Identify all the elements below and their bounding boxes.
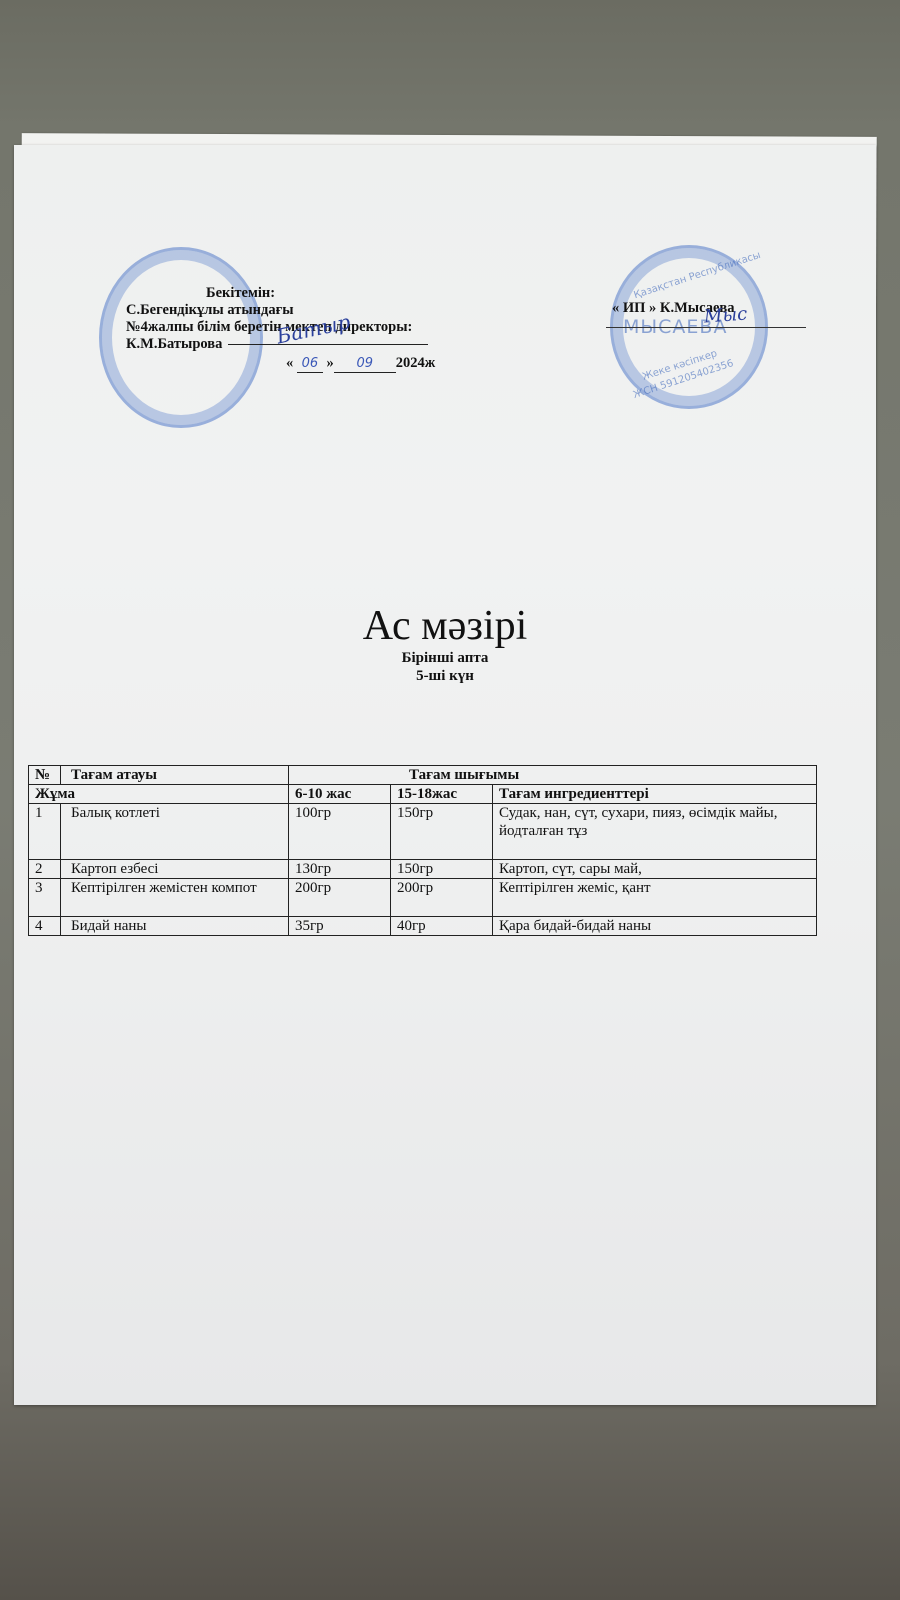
cell-no: 1 bbox=[29, 804, 61, 860]
date-year: 2024ж bbox=[396, 355, 436, 371]
supplier-signature: Мыс bbox=[703, 304, 748, 328]
cell-ingredients: Қара бидай-бидай наны bbox=[493, 917, 817, 936]
page-title: Ас мәзірі bbox=[14, 603, 876, 649]
date-month: 09 bbox=[334, 355, 396, 373]
cell-age2: 40гр bbox=[391, 917, 493, 936]
cell-age1: 200гр bbox=[289, 879, 391, 917]
table-row: 3 Кептірілген жемістен компот 200гр 200г… bbox=[29, 879, 817, 917]
approval-label: Бекітемін: bbox=[126, 285, 435, 302]
approval-line: С.Бегендікұлы атындағы bbox=[126, 302, 435, 319]
signature-line bbox=[228, 344, 428, 345]
approval-date: « 06 »092024ж bbox=[126, 355, 435, 373]
header-output: Тағам шығымы bbox=[289, 766, 817, 785]
cell-age2: 150гр bbox=[391, 804, 493, 860]
cell-no: 2 bbox=[29, 860, 61, 879]
cell-age1: 130гр bbox=[289, 860, 391, 879]
stamp-text: Қазақстан Республикасы bbox=[633, 250, 763, 301]
cell-age1: 100гр bbox=[289, 804, 391, 860]
table-subheader-row: Жұма 6-10 жас 15-18жас Тағам ингредиентт… bbox=[29, 785, 817, 804]
menu-table: № Тағам атауы Тағам шығымы Жұма 6-10 жас… bbox=[28, 765, 817, 936]
table-header-row: № Тағам атауы Тағам шығымы bbox=[29, 766, 817, 785]
header-no: № bbox=[29, 766, 61, 785]
table-row: 4 Бидай наны 35гр 40гр Қара бидай-бидай … bbox=[29, 917, 817, 936]
week-label: Бірінші апта bbox=[14, 649, 876, 667]
cell-no: 4 bbox=[29, 917, 61, 936]
subheader-ingredients: Тағам ингредиенттері bbox=[493, 785, 817, 804]
day-label: 5-ші күн bbox=[14, 667, 876, 685]
cell-age1: 35гр bbox=[289, 917, 391, 936]
date-day: 06 bbox=[297, 355, 323, 373]
title-block: Ас мәзірі Бірінші апта 5-ші күн bbox=[14, 603, 876, 685]
subheader-day: Жұма bbox=[29, 785, 289, 804]
cell-ingredients: Кептірілген жеміс, қант bbox=[493, 879, 817, 917]
cell-no: 3 bbox=[29, 879, 61, 917]
cell-name: Балық котлеті bbox=[61, 804, 289, 860]
menu-document: Қазақстан Республикасы МЫСАЕВА Жеке кәсі… bbox=[14, 145, 876, 1405]
table-row: 1 Балық котлеті 100гр 150гр Судак, нан, … bbox=[29, 804, 817, 860]
cell-age2: 150гр bbox=[391, 860, 493, 879]
subheader-age2: 15-18жас bbox=[391, 785, 493, 804]
table-row: 2 Картоп езбесі 130гр 150гр Картоп, сүт,… bbox=[29, 860, 817, 879]
cell-name: Картоп езбесі bbox=[61, 860, 289, 879]
cell-age2: 200гр bbox=[391, 879, 493, 917]
subheader-age1: 6-10 жас bbox=[289, 785, 391, 804]
header-name: Тағам атауы bbox=[61, 766, 289, 785]
cell-ingredients: Картоп, сүт, сары май, bbox=[493, 860, 817, 879]
cell-name: Кептірілген жемістен компот bbox=[61, 879, 289, 917]
cell-ingredients: Судак, нан, сүт, сухари, пияз, өсімдік м… bbox=[493, 804, 817, 860]
cell-name: Бидай наны bbox=[61, 917, 289, 936]
